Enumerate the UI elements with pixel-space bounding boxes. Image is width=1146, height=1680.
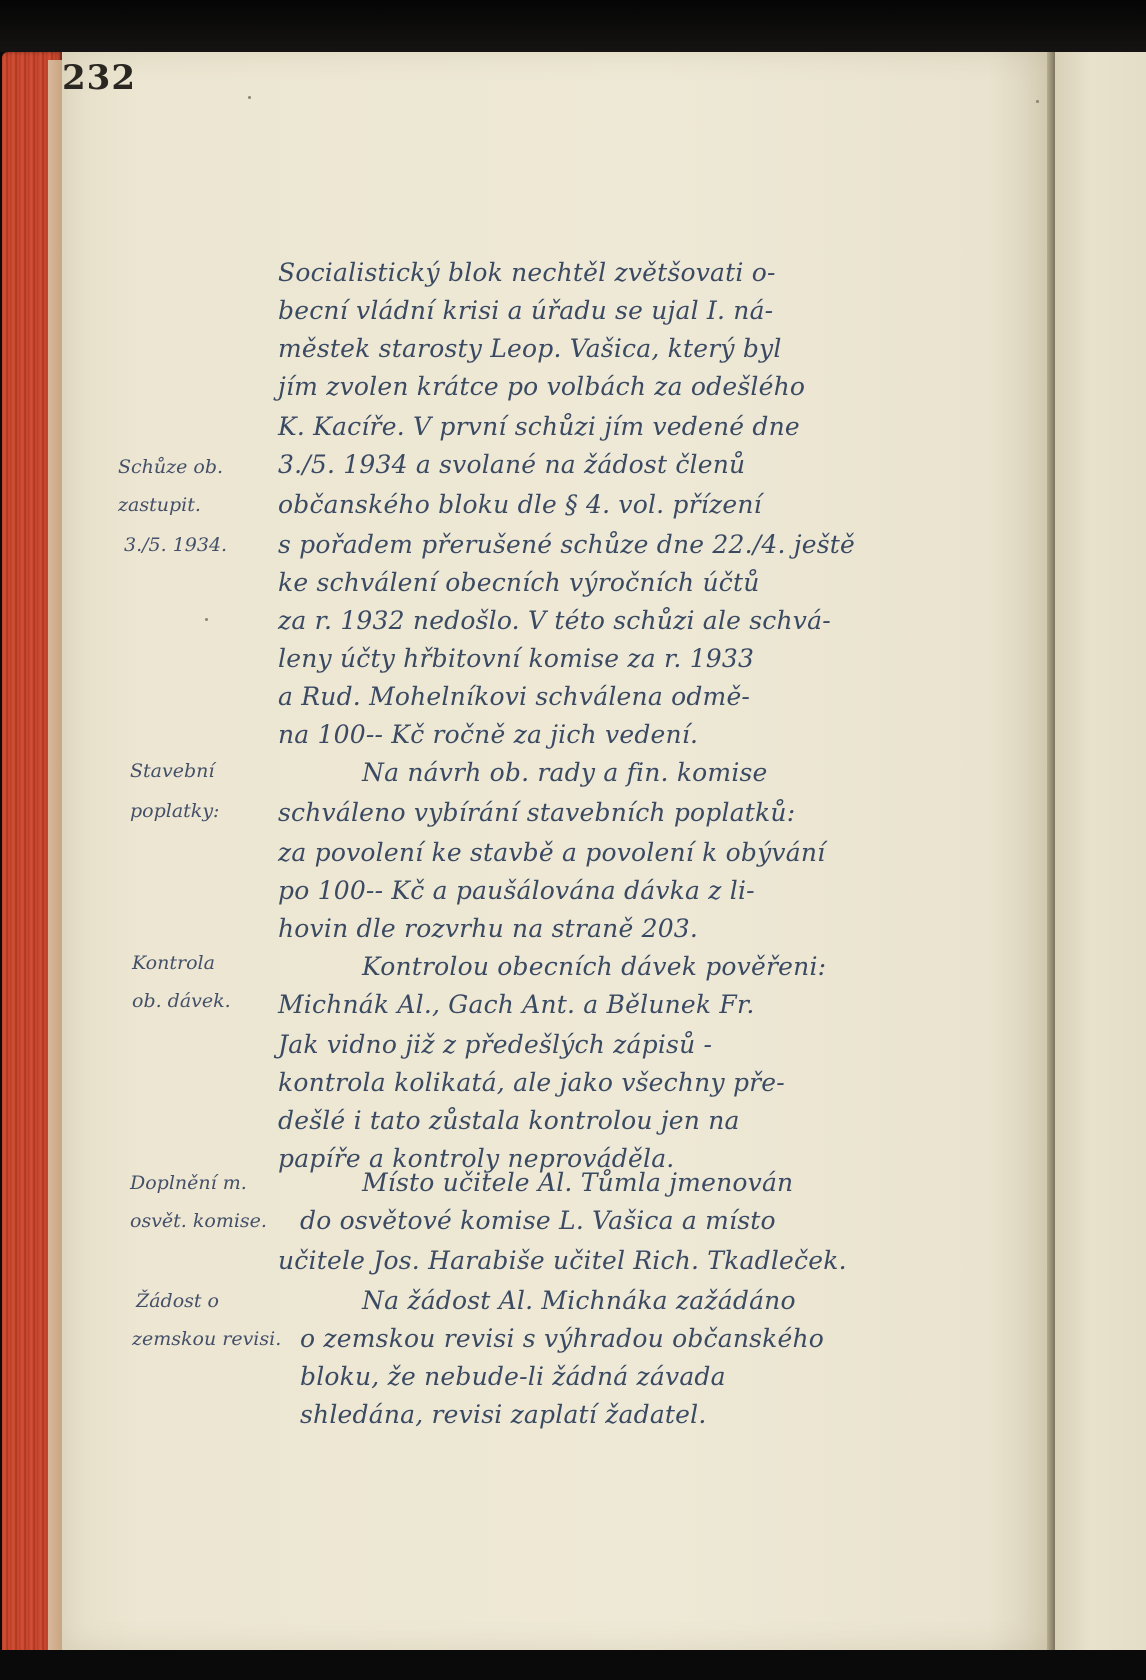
page-number: 232 bbox=[62, 58, 136, 98]
body-line-10: za r. 1932 nedošlo. V této schůzi ale sc… bbox=[278, 606, 831, 635]
page-stack-inner bbox=[48, 60, 62, 1655]
body-line-17: po 100-- Kč a paušálována dávka z li- bbox=[278, 876, 755, 905]
body-line-13: na 100-- Kč ročně za jich vedení. bbox=[278, 720, 698, 749]
body-line-31: shledána, revisi zaplatí žadatel. bbox=[300, 1400, 707, 1429]
body-line-23: dešlé i tato zůstala kontrolou jen na bbox=[278, 1106, 740, 1135]
body-line-15: schváleno vybírání stavebních poplatků: bbox=[278, 798, 795, 827]
body-line-20: Michnák Al., Gach Ant. a Bělunek Fr. bbox=[278, 990, 755, 1019]
margin-note-tax-control: Kontrola bbox=[132, 952, 215, 974]
book-bottom-shadow bbox=[0, 1650, 1146, 1680]
margin-note-building-fees-2: poplatky: bbox=[130, 800, 219, 822]
margin-note-revision-request: Žádost o bbox=[136, 1290, 219, 1312]
margin-note-meeting: Schůze ob. bbox=[118, 456, 223, 478]
margin-note-building-fees: Stavební bbox=[130, 760, 214, 782]
margin-note-meeting-date: 3./5. 1934. bbox=[124, 534, 227, 556]
body-line-21: Jak vidno již z předešlých zápisů - bbox=[278, 1030, 712, 1059]
body-line-27: učitele Jos. Harabiše učitel Rich. Tkadl… bbox=[278, 1246, 847, 1275]
body-line-5: K. Kacíře. V první schůzi jím vedené dne bbox=[278, 412, 800, 441]
body-line-3: městek starosty Leop. Vašica, který byl bbox=[278, 334, 782, 363]
body-line-26: do osvětové komise L. Vašica a místo bbox=[300, 1206, 776, 1235]
body-line-29: o zemskou revisi s výhradou občanského bbox=[300, 1324, 824, 1353]
margin-note-meeting-2: zastupit. bbox=[118, 494, 201, 516]
body-line-22: kontrola kolikatá, ale jako všechny pře- bbox=[278, 1068, 785, 1097]
body-line-14: Na návrh ob. rady a fin. komise bbox=[362, 758, 768, 787]
body-line-9: ke schválení obecních výročních účtů bbox=[278, 568, 760, 597]
body-line-12: a Rud. Mohelníkovi schválena odmě- bbox=[278, 682, 750, 711]
body-line-7: občanského bloku dle § 4. vol. přízení bbox=[278, 490, 762, 519]
paper-speck bbox=[205, 618, 208, 621]
book-gutter bbox=[1047, 52, 1055, 1650]
body-line-8: s pořadem přerušené schůze dne 22./4. je… bbox=[278, 530, 855, 559]
body-line-4: jím zvolen krátce po volbách za odešlého bbox=[278, 372, 805, 401]
paper-speck bbox=[1036, 100, 1039, 103]
body-line-1: Socialistický blok nechtěl zvětšovati o- bbox=[278, 258, 776, 287]
body-line-19: Kontrolou obecních dávek pověřeni: bbox=[362, 952, 826, 981]
body-line-18: hovin dle rozvrhu na straně 203. bbox=[278, 914, 698, 943]
body-line-28: Na žádost Al. Michnáka zažádáno bbox=[362, 1286, 796, 1315]
body-line-16: za povolení ke stavbě a povolení k obývá… bbox=[278, 838, 825, 867]
book-top-shadow bbox=[0, 0, 1146, 52]
margin-note-tax-control-2: ob. dávek. bbox=[132, 990, 231, 1012]
body-line-6: 3./5. 1934 a svolané na žádost členů bbox=[278, 450, 745, 479]
body-line-30: bloku, že nebude-li žádná závada bbox=[300, 1362, 726, 1391]
margin-note-commission-2: osvět. komise. bbox=[130, 1210, 267, 1232]
facing-page-edge bbox=[1055, 52, 1146, 1650]
body-line-25: Místo učitele Al. Tůmla jmenován bbox=[362, 1168, 793, 1197]
body-line-2: becní vládní krisi a úřadu se ujal I. ná… bbox=[278, 296, 773, 325]
margin-note-commission: Doplnění m. bbox=[130, 1172, 247, 1194]
body-line-11: leny účty hřbitovní komise za r. 1933 bbox=[278, 644, 754, 673]
margin-note-revision-request-2: zemskou revisi. bbox=[132, 1328, 281, 1350]
paper-speck bbox=[248, 96, 251, 99]
book-scan: 232 Socialistický blok nechtěl zvětšovat… bbox=[0, 0, 1146, 1680]
